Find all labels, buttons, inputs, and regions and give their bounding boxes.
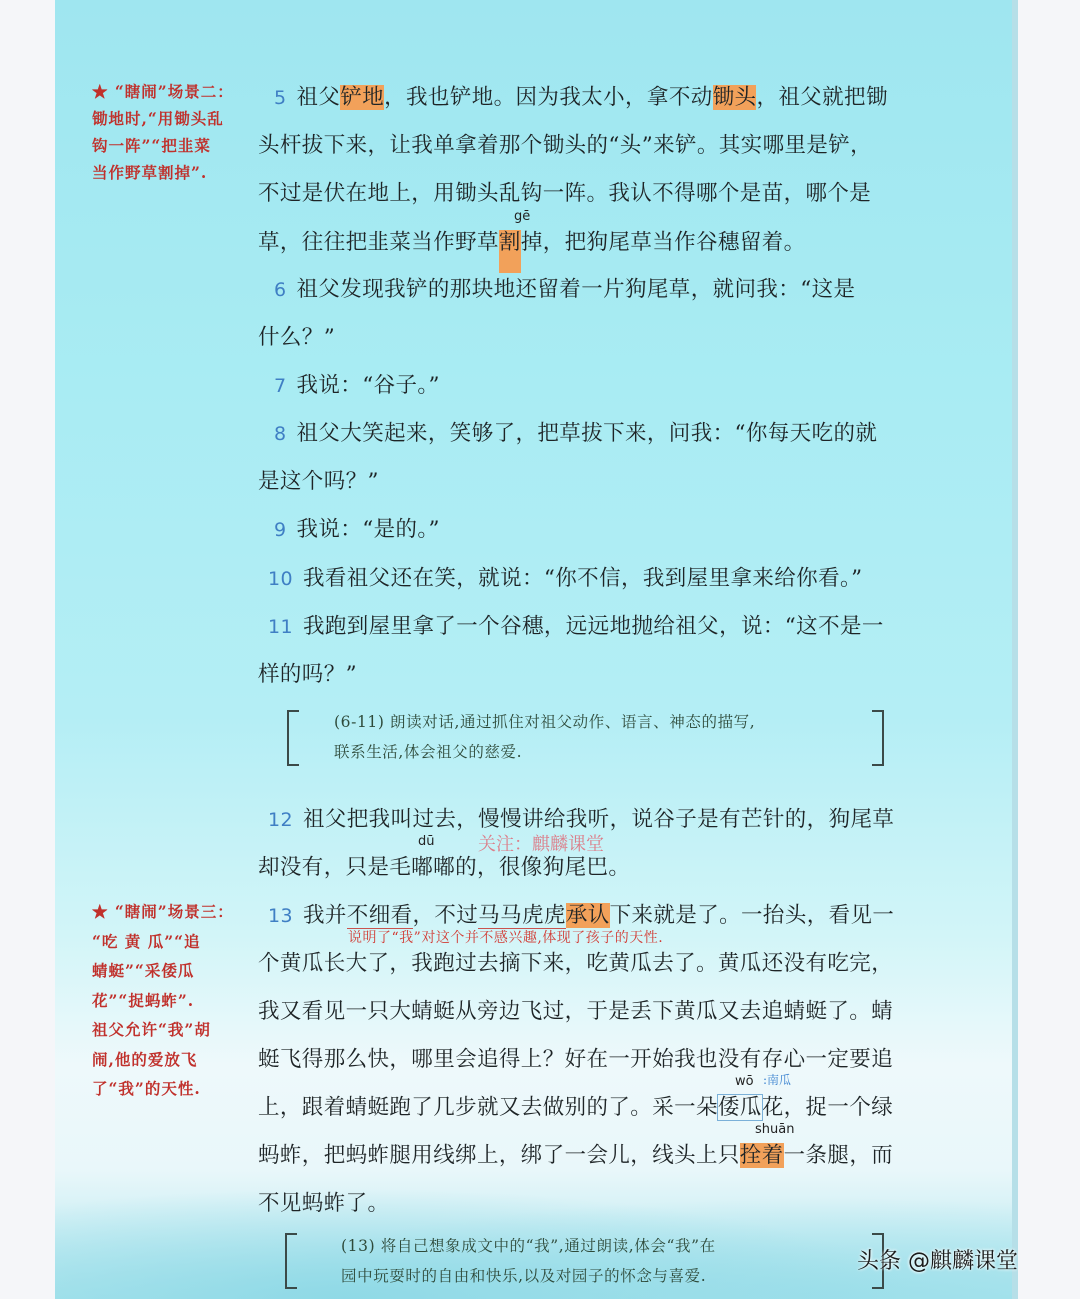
paragraph-11-line: 样的吗？” bbox=[258, 657, 357, 688]
text: 祖父大笑起来，笑够了，把草拔下来，问我：“你每天吃的就 bbox=[297, 421, 878, 446]
paragraph-9-line: 9我说：“是的。” bbox=[258, 512, 440, 543]
paragraph-13-line: 上，跟着蜻蜓跑了几步就又去做别的了。采一朵倭瓜花，捉一个绿 bbox=[258, 1090, 893, 1121]
paragraph-5-line: 5祖父铲地，我也铲地。因为我太小，拿不动锄头，祖父就把锄 bbox=[258, 80, 888, 111]
paragraph-13-line: 不见蚂蚱了。 bbox=[258, 1186, 389, 1217]
text: 祖父 bbox=[297, 85, 341, 110]
handwritten-gloss: :南瓜 bbox=[763, 1071, 791, 1088]
note-bracket-left bbox=[285, 1233, 297, 1289]
paragraph-13-line: 13我并不细看，不过马马虎虎承认下来就是了。一抬头，看见一 bbox=[258, 898, 894, 929]
text: ，不过 bbox=[413, 903, 479, 928]
text: 祖父发现我铲的那块地还留着一片狗尾草，就问我：“这是 bbox=[297, 277, 856, 302]
text: 一条腿，而 bbox=[784, 1143, 894, 1168]
text: 我看祖父还在笑，就说：“你不信，我到屋里拿来给你看。” bbox=[303, 566, 863, 591]
side-note-line: 花”“捉蚂蚱”. bbox=[92, 986, 252, 1016]
highlighted-word: 铲地 bbox=[340, 85, 384, 110]
paragraph-11-line: 11我跑到屋里拿了一个谷穗，远远地抛给祖父，说：“这不是一 bbox=[258, 609, 884, 640]
reading-note-13: (13) 将自己想象成文中的“我”,通过朗读,体会“我”在 园中玩耍时的自由和快… bbox=[341, 1231, 716, 1291]
note-line: 园中玩耍时的自由和快乐,以及对园子的怀念与喜爱. bbox=[341, 1261, 716, 1291]
reading-note-6-11: (6-11) 朗读对话,通过抓住对祖父动作、语言、神态的描写, 联系生活,体会祖… bbox=[334, 707, 755, 767]
page-edge bbox=[1012, 0, 1018, 1299]
side-note-line: 当作野草割掉”. bbox=[92, 159, 252, 186]
side-note-line: 蜻蜓”“采倭瓜 bbox=[92, 956, 252, 986]
pinyin-shuan: shuān bbox=[755, 1122, 794, 1137]
pinyin-du: dū bbox=[418, 834, 435, 849]
text: 祖父把我叫过去，慢慢讲给我听，说谷子是有芒针的，狗尾草 bbox=[303, 807, 894, 832]
side-note-line: ★ “瞎闹”场景二： bbox=[92, 78, 252, 105]
paragraph-number: 9 bbox=[274, 519, 287, 541]
note-line: (13) 将自己想象成文中的“我”,通过朗读,体会“我”在 bbox=[341, 1231, 716, 1261]
paragraph-number: 8 bbox=[274, 423, 287, 445]
text: 掉，把狗尾草当作谷穗留着。 bbox=[521, 230, 806, 255]
paragraph-7-line: 7我说：“谷子。” bbox=[258, 368, 440, 399]
text: 我说：“谷子。” bbox=[297, 373, 440, 398]
paragraph-8-line: 8祖父大笑起来，笑够了，把草拔下来，问我：“你每天吃的就 bbox=[258, 416, 877, 447]
text: 草，往往把韭菜当作野草 bbox=[258, 230, 499, 255]
paragraph-12-line: 却没有，只是毛嘟嘟的，很像狗尾巴。 bbox=[258, 850, 630, 881]
underlined-phrase: 不细看 bbox=[347, 903, 413, 929]
text: 花，捉一个绿 bbox=[762, 1095, 893, 1120]
paragraph-13-line: 蚂蚱，把蚂蚱腿用线绑上，绑了一会儿，线头上只拴着一条腿，而 bbox=[258, 1138, 893, 1169]
side-note-line: 祖父允许“我”胡 bbox=[92, 1015, 252, 1045]
side-note-line: 闹,他的爱放飞 bbox=[92, 1045, 252, 1075]
note-line: (6-11) 朗读对话,通过抓住对祖父动作、语言、神态的描写, bbox=[334, 707, 755, 737]
text: 我跑到屋里拿了一个谷穗，远远地抛给祖父，说：“这不是一 bbox=[303, 614, 884, 639]
side-note-line: ★ “瞎闹”场景三： bbox=[92, 897, 252, 927]
paragraph-number: 12 bbox=[268, 809, 293, 831]
pinyin-ge: gē bbox=[514, 209, 530, 224]
text: 我说：“是的。” bbox=[297, 517, 440, 542]
paragraph-number: 10 bbox=[268, 568, 293, 590]
source-credit: 头条 @麒麟课堂 bbox=[857, 1244, 1018, 1275]
text: 上，跟着蜻蜓跑了几步就又去做别的了。采一朵 bbox=[258, 1095, 718, 1120]
note-line: 联系生活,体会祖父的慈爱. bbox=[334, 737, 755, 767]
paragraph-13-line: 蜓飞得那么快，哪里会追得上？好在一开始我也没有存心一定要追 bbox=[258, 1042, 893, 1073]
highlighted-word: 锄头 bbox=[713, 85, 757, 110]
side-note-line: 钩一阵”“把韭菜 bbox=[92, 132, 252, 159]
handwritten-annotation: 说明了“我”对这个并不感兴趣,体现了孩子的天性. bbox=[348, 927, 663, 947]
side-note-scene-three: ★ “瞎闹”场景三： “吃 黄 瓜”“追 蜻蜓”“采倭瓜 花”“捉蚂蚱”. 祖父… bbox=[92, 897, 252, 1104]
text: 下来就是了。一抬头，看见一 bbox=[610, 903, 895, 928]
highlighted-word: 承认 bbox=[566, 903, 610, 928]
paragraph-5-line: 不过是伏在地上，用锄头乱钩一阵。我认不得哪个是苗，哪个是 bbox=[258, 176, 871, 207]
side-note-line: “吃 黄 瓜”“追 bbox=[92, 927, 252, 957]
paragraph-6-line: 6祖父发现我铲的那块地还留着一片狗尾草，就问我：“这是 bbox=[258, 272, 855, 303]
highlighted-word: 割 bbox=[499, 230, 521, 273]
pinyin-wo: wō bbox=[735, 1074, 754, 1089]
note-bracket-left bbox=[287, 710, 299, 766]
boxed-word: 倭瓜 bbox=[718, 1095, 762, 1120]
text: 蚂蚱，把蚂蚱腿用线绑上，绑了一会儿，线头上只 bbox=[258, 1143, 740, 1168]
paragraph-5-line: 头杆拔下来，让我单拿着那个锄头的“头”来铲。其实哪里是铲， bbox=[258, 128, 872, 159]
paragraph-number: 6 bbox=[274, 279, 287, 301]
paragraph-5-line: 草，往往把韭菜当作野草割掉，把狗尾草当作谷穗留着。 bbox=[258, 225, 806, 256]
paragraph-number: 5 bbox=[274, 87, 287, 109]
text: ，祖父就把锄 bbox=[756, 85, 887, 110]
paragraph-number: 13 bbox=[268, 905, 293, 927]
side-note-line: 锄地时,“用锄头乱 bbox=[92, 105, 252, 132]
paragraph-8-line: 是这个吗？” bbox=[258, 464, 379, 495]
paragraph-13-line: 个黄瓜长大了，我跑过去摘下来，吃黄瓜去了。黄瓜还没有吃完， bbox=[258, 946, 893, 977]
paragraph-number: 7 bbox=[274, 375, 287, 397]
paragraph-number: 11 bbox=[268, 616, 293, 638]
text: ，我也铲地。因为我太小，拿不动 bbox=[384, 85, 713, 110]
note-bracket-right bbox=[872, 710, 884, 766]
side-note-line: 了“我”的天性. bbox=[92, 1074, 252, 1104]
paragraph-12-line: 12祖父把我叫过去，慢慢讲给我听，说谷子是有芒针的，狗尾草 bbox=[258, 802, 894, 833]
side-note-scene-two: ★ “瞎闹”场景二： 锄地时,“用锄头乱 钩一阵”“把韭菜 当作野草割掉”. bbox=[92, 78, 252, 186]
underlined-phrase: 马马虎虎 bbox=[478, 903, 566, 929]
highlighted-word: 拴着 bbox=[740, 1143, 784, 1168]
paragraph-10-line: 10我看祖父还在笑，就说：“你不信，我到屋里拿来给你看。” bbox=[258, 561, 863, 592]
paragraph-13-line: 我又看见一只大蜻蜓从旁边飞过，于是丢下黄瓜又去追蜻蜓了。蜻 bbox=[258, 994, 893, 1025]
text: 我并 bbox=[303, 903, 347, 928]
paragraph-6-line: 什么？” bbox=[258, 320, 335, 351]
